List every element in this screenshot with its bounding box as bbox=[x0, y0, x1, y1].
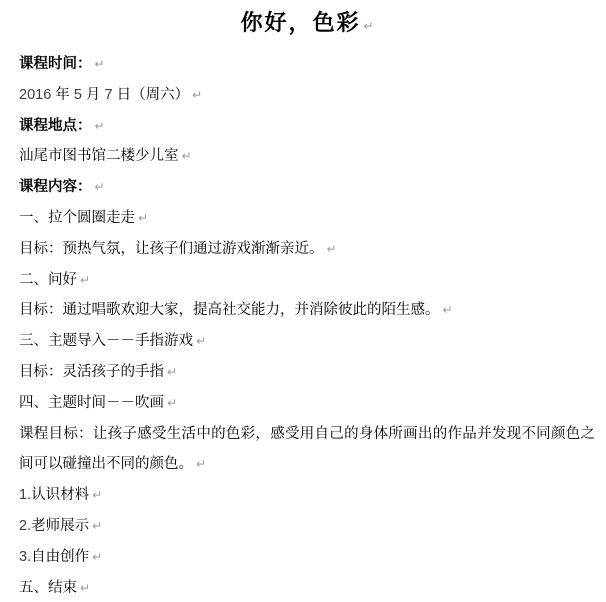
paragraph-text: 1.认识材料 bbox=[19, 487, 89, 503]
paragraph-text: 课程内容： bbox=[19, 179, 92, 195]
paragraph-mark-icon: ↵ bbox=[182, 149, 192, 163]
paragraph-mark-icon: ↵ bbox=[196, 334, 206, 348]
paragraph-text: 四、主题时间－－吹画 bbox=[19, 395, 164, 411]
paragraph-mark-icon: ↵ bbox=[95, 119, 105, 133]
paragraph-text: 汕尾市图书馆二楼少儿室 bbox=[19, 148, 179, 164]
paragraph-mark-icon: ↵ bbox=[80, 273, 90, 287]
paragraph-mark-icon: ↵ bbox=[95, 180, 105, 194]
paragraph-text: 目标：预热气氛，让孩子们通过游戏渐渐亲近。 bbox=[19, 241, 324, 257]
paragraph: 目标：预热气氛，让孩子们通过游戏渐渐亲近。↵ bbox=[19, 234, 595, 265]
latin-digits: 5 bbox=[74, 87, 82, 103]
paragraph: 五、结束↵ bbox=[19, 573, 595, 602]
paragraph-mark-icon: ↵ bbox=[192, 88, 202, 102]
paragraph-text: 2.老师展示 bbox=[19, 518, 89, 534]
paragraph: 四、主题时间－－吹画↵ bbox=[19, 388, 595, 419]
paragraph: 2.老师展示↵ bbox=[19, 511, 595, 542]
paragraph-text: 五、结束 bbox=[19, 580, 77, 596]
paragraph-text: 2016 年 5 月 7 日（周六） bbox=[19, 87, 189, 103]
latin-digits: 1. bbox=[19, 487, 31, 503]
paragraph-mark-icon: ↵ bbox=[167, 365, 177, 379]
paragraph-text: 课程时间： bbox=[19, 56, 92, 72]
document-body: 课程时间：↵2016 年 5 月 7 日（周六）↵课程地点：↵汕尾市图书馆二楼少… bbox=[19, 49, 595, 602]
paragraph: 3.自由创作↵ bbox=[19, 542, 595, 573]
paragraph-text: 课程目标：让孩子感受生活中的色彩，感受用自己的身体所画出的作品并发现不同颜色之间… bbox=[19, 426, 595, 473]
paragraph: 一、拉个圆圈走走↵ bbox=[19, 203, 595, 234]
paragraph: 目标：灵活孩子的手指↵ bbox=[19, 357, 595, 388]
paragraph-mark-icon: ↵ bbox=[327, 242, 337, 256]
paragraph-mark-icon: ↵ bbox=[92, 488, 102, 502]
paragraph-mark-icon: ↵ bbox=[95, 57, 105, 71]
paragraph-mark-icon: ↵ bbox=[92, 519, 102, 533]
paragraph-text: 3.自由创作 bbox=[19, 549, 89, 565]
paragraph-text: 目标：灵活孩子的手指 bbox=[19, 364, 164, 380]
paragraph: 课程地点：↵ bbox=[19, 111, 595, 142]
paragraph: 1.认识材料↵ bbox=[19, 480, 595, 511]
paragraph-text: 二、问好 bbox=[19, 272, 77, 288]
document-page: 你好，色彩↵ 课程时间：↵2016 年 5 月 7 日（周六）↵课程地点：↵汕尾… bbox=[0, 0, 606, 602]
paragraph-text: 一、拉个圆圈走走 bbox=[19, 210, 135, 226]
paragraph: 目标：通过唱歌欢迎大家，提高社交能力，并消除彼此的陌生感。↵ bbox=[19, 295, 595, 326]
paragraph-text: 目标：通过唱歌欢迎大家，提高社交能力，并消除彼此的陌生感。 bbox=[19, 302, 440, 318]
paragraph: 二、问好↵ bbox=[19, 265, 595, 296]
paragraph: 汕尾市图书馆二楼少儿室↵ bbox=[19, 141, 595, 172]
paragraph: 课程目标：让孩子感受生活中的色彩，感受用自己的身体所画出的作品并发现不同颜色之间… bbox=[19, 419, 595, 481]
paragraph: 2016 年 5 月 7 日（周六）↵ bbox=[19, 80, 595, 111]
paragraph: 课程内容：↵ bbox=[19, 172, 595, 203]
latin-digits: 2016 bbox=[19, 87, 51, 103]
paragraph: 课程时间：↵ bbox=[19, 49, 595, 80]
document-title: 你好，色彩↵ bbox=[19, 6, 595, 43]
latin-digits: 7 bbox=[104, 87, 112, 103]
paragraph-mark-icon: ↵ bbox=[443, 303, 453, 317]
paragraph-mark-icon: ↵ bbox=[138, 211, 148, 225]
latin-digits: 3. bbox=[19, 549, 31, 565]
paragraph-mark-icon: ↵ bbox=[167, 396, 177, 410]
paragraph-mark-icon: ↵ bbox=[196, 457, 206, 471]
paragraph: 三、主题导入－－手指游戏↵ bbox=[19, 326, 595, 357]
paragraph-mark-icon: ↵ bbox=[92, 550, 102, 564]
latin-digits: 2. bbox=[19, 518, 31, 534]
paragraph-text: 三、主题导入－－手指游戏 bbox=[19, 333, 193, 349]
paragraph-mark-icon: ↵ bbox=[363, 19, 373, 33]
paragraph-text: 课程地点： bbox=[19, 118, 92, 134]
paragraph-mark-icon: ↵ bbox=[80, 581, 90, 595]
document-title-text: 你好，色彩 bbox=[240, 10, 360, 35]
